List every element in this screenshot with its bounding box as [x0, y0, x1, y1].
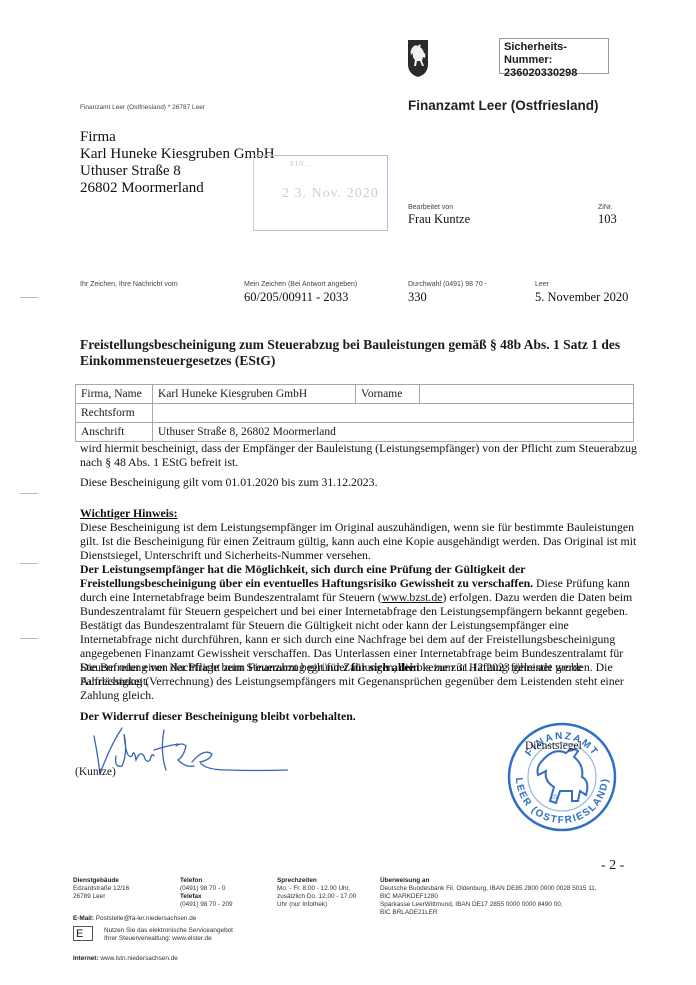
- notice-bold-text: Der Leistungsempfänger hat die Möglichke…: [80, 562, 533, 590]
- signatory-name: (Kuntze): [75, 766, 116, 778]
- validity-text: Diese Bescheinigung gilt vom 01.01.2020 …: [80, 475, 640, 489]
- my-reference-label: Mein Zeichen (Bei Antwort angeben): [244, 281, 357, 288]
- table-label: Anschrift: [76, 423, 153, 442]
- office-name: Finanzamt Leer (Ostfriesland): [408, 98, 599, 113]
- footer-internet-label: Internet:: [73, 955, 99, 962]
- footer-email: E-Mail: Poststelle@fa-ler.niedersachsen.…: [73, 915, 196, 923]
- footer-email-value[interactable]: Poststelle@fa-ler.niedersachsen.de: [96, 915, 197, 922]
- table-label: Vorname: [356, 385, 420, 404]
- table-value: Karl Huneke Kiesgruben GmbH: [153, 385, 356, 404]
- table-value: [420, 385, 634, 404]
- footer-internet: Internet: www.lstn.niedersachsen.de: [73, 955, 178, 963]
- inbox-received-stamp: EIN... 2 3. Nov. 2020: [253, 155, 388, 231]
- handled-by-value: Frau Kuntze: [408, 212, 470, 227]
- footer-fax-value: (0491) 98 70 - 209: [180, 901, 233, 908]
- footer-hours-line: Mo. - Fr. 8.00 - 12.00 Uhr,: [277, 885, 350, 892]
- room-number-label: ZiNr.: [598, 204, 613, 211]
- recipient-line-2: Karl Huneke Kiesgruben GmbH: [80, 146, 275, 163]
- lower-saxony-crest-icon: [407, 38, 429, 78]
- notice-paragraph-1: Diese Bescheinigung ist dem Leistungsemp…: [80, 520, 640, 562]
- footer-transfer-line: BIC BRLADE21LER: [380, 909, 438, 916]
- footer-hours-line: Uhr (nur Infothek): [277, 901, 327, 908]
- stamp-date: 2 3. Nov. 2020: [282, 186, 379, 202]
- table-row: Anschrift Uthuser Straße 8, 26802 Moorme…: [76, 423, 634, 442]
- footer-fax-label: Telefax: [180, 893, 202, 900]
- table-row: Rechtsform: [76, 404, 634, 423]
- footer-transfer-label: Überweisung an: [380, 877, 429, 884]
- recipient-address: Firma Karl Huneke Kiesgruben GmbH Uthuse…: [80, 129, 275, 197]
- footer-hours: Sprechzeiten Mo. - Fr. 8.00 - 12.00 Uhr,…: [277, 877, 356, 909]
- recipient-table: Firma, Name Karl Huneke Kiesgruben GmbH …: [75, 384, 634, 442]
- official-seal-icon: FINANZAMT LEER (OSTFRIESLAND) 10: [506, 721, 618, 833]
- elster-logo-icon: E: [73, 926, 93, 941]
- recipient-line-1: Firma: [80, 129, 275, 146]
- place-label: Leer: [535, 281, 549, 288]
- footer-phone: Telefon (0491) 98 70 - 0 Telefax (0491) …: [180, 877, 233, 909]
- fold-mark: [20, 493, 38, 494]
- security-number: 236020330298: [504, 67, 604, 80]
- notice-heading: Wichtiger Hinweis:: [80, 506, 640, 520]
- recipient-line-4: 26802 Moormerland: [80, 180, 275, 197]
- footer-internet-value[interactable]: www.lstn.niedersachsen.de: [100, 955, 177, 962]
- notice-paragraph-3: Die Befreiung von der Pflicht zum Steuer…: [80, 660, 640, 702]
- footer-transfer-line: Sparkasse LeerWittmund, IBAN DE17 2855 0…: [380, 901, 563, 908]
- my-reference-value: 60/205/00911 - 2033: [244, 290, 348, 305]
- table-label: Rechtsform: [76, 404, 153, 423]
- certification-text: wird hiermit bescheinigt, dass der Empfä…: [80, 441, 640, 469]
- fold-mark: [20, 638, 38, 639]
- table-label: Firma, Name: [76, 385, 153, 404]
- recipient-line-3: Uthuser Straße 8: [80, 163, 275, 180]
- footer-hours-label: Sprechzeiten: [277, 877, 317, 884]
- security-number-box: Sicherheits-Nummer: 236020330298: [499, 38, 609, 74]
- bzst-link[interactable]: www.bzst.de: [382, 590, 443, 604]
- footer-phone-label: Telefon: [180, 877, 202, 884]
- direct-dial-label: Durchwahl (0491) 98 70 -: [408, 281, 487, 288]
- page-number: - 2 -: [601, 858, 624, 874]
- your-reference-label: Ihr Zeichen, Ihre Nachricht vom: [80, 281, 178, 288]
- letter-date: 5. November 2020: [535, 290, 628, 305]
- footer-building: Dienstgebäude Edzardstraße 12/16 26789 L…: [73, 877, 129, 901]
- table-row: Firma, Name Karl Huneke Kiesgruben GmbH …: [76, 385, 634, 404]
- fold-mark: [20, 563, 38, 564]
- footer-hours-line: zusätzlich Do. 12.00 - 17.00: [277, 893, 356, 900]
- fold-mark: [20, 297, 38, 298]
- footer-transfer-line: Deutsche Bundesbank Fil. Oldenburg, IBAN…: [380, 885, 597, 892]
- sender-line: Finanzamt Leer (Ostfriesland) * 26787 Le…: [80, 104, 205, 111]
- security-number-label: Sicherheits-Nummer:: [504, 41, 604, 67]
- document-title: Freistellungsbescheinigung zum Steuerabz…: [80, 337, 640, 369]
- footer-building-line: 26789 Leer: [73, 893, 105, 900]
- footer-elster: Nutzen Sie das elektronische Serviceange…: [104, 927, 233, 943]
- svg-text:10: 10: [550, 795, 557, 801]
- handled-by-label: Bearbeitet von: [408, 204, 453, 211]
- table-value: Uthuser Straße 8, 26802 Moormerland: [153, 423, 634, 442]
- seal-label: Dienstsiegel: [525, 740, 582, 752]
- footer-building-line: Edzardstraße 12/16: [73, 885, 129, 892]
- footer-email-label: E-Mail:: [73, 915, 94, 922]
- stamp-top-text: EIN...: [290, 160, 313, 168]
- direct-dial-value: 330: [408, 290, 427, 305]
- footer-phone-value: (0491) 98 70 - 0: [180, 885, 225, 892]
- footer-bank-transfer: Überweisung an Deutsche Bundesbank Fil. …: [380, 877, 597, 917]
- room-number-value: 103: [598, 212, 617, 227]
- footer-building-label: Dienstgebäude: [73, 877, 119, 884]
- handwritten-signature-icon: [88, 726, 288, 776]
- footer-elster-line: Ihrer Steuerverwaltung: www.elster.de: [104, 935, 212, 942]
- footer-transfer-line: BIC MARKDEF1280: [380, 893, 438, 900]
- footer-elster-line: Nutzen Sie das elektronische Serviceange…: [104, 927, 233, 934]
- table-value: [153, 404, 634, 423]
